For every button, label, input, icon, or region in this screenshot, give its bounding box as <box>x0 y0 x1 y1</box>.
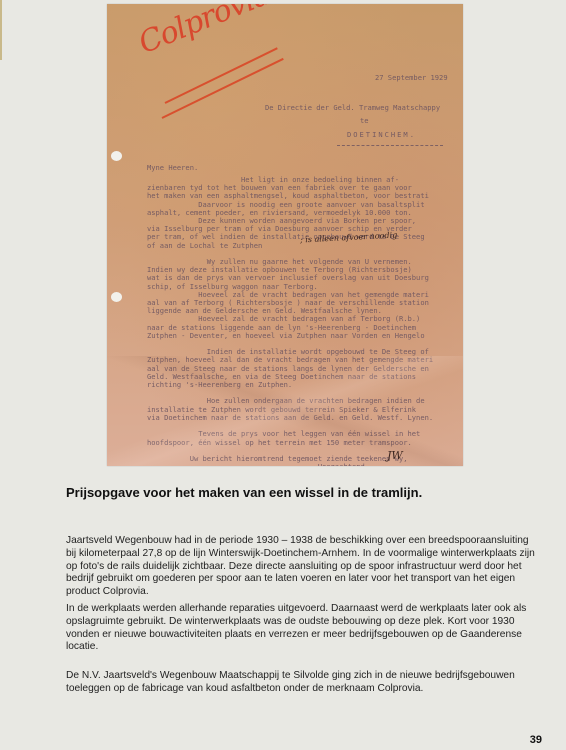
signature: JW <box>387 449 403 462</box>
punch-hole <box>111 151 122 161</box>
colprovia-annotation: Colprovia <box>134 4 275 61</box>
page-number: 39 <box>530 734 542 746</box>
letter-to: te <box>360 117 369 125</box>
annotation-underline <box>165 47 278 104</box>
city-underline <box>337 145 443 146</box>
photo-caption: Prijsopgave voor het maken van een wisse… <box>66 485 422 500</box>
letter-body: Het ligt in onze bedoeling binnen af- zi… <box>147 176 433 466</box>
letter-city: DOETINCHEM. <box>347 131 416 139</box>
paragraph: De N.V. Jaartsveld's Wegenbouw Maatschap… <box>66 670 536 696</box>
paragraph: Jaartsveld Wegenbouw had in de periode 1… <box>66 535 536 599</box>
letter-date: 27 September 1929 <box>375 74 448 82</box>
letter-photo: Colprovia 27 September 1929 De Directie … <box>107 4 463 466</box>
paragraph: In de werkplaats werden allerhande repar… <box>66 603 536 654</box>
page-edge <box>0 0 2 60</box>
punch-hole <box>111 292 122 302</box>
letter-addressee: De Directie der Geld. Tramweg Maatschapp… <box>265 104 440 112</box>
letter-salutation: Myne Heeren. <box>147 164 198 172</box>
